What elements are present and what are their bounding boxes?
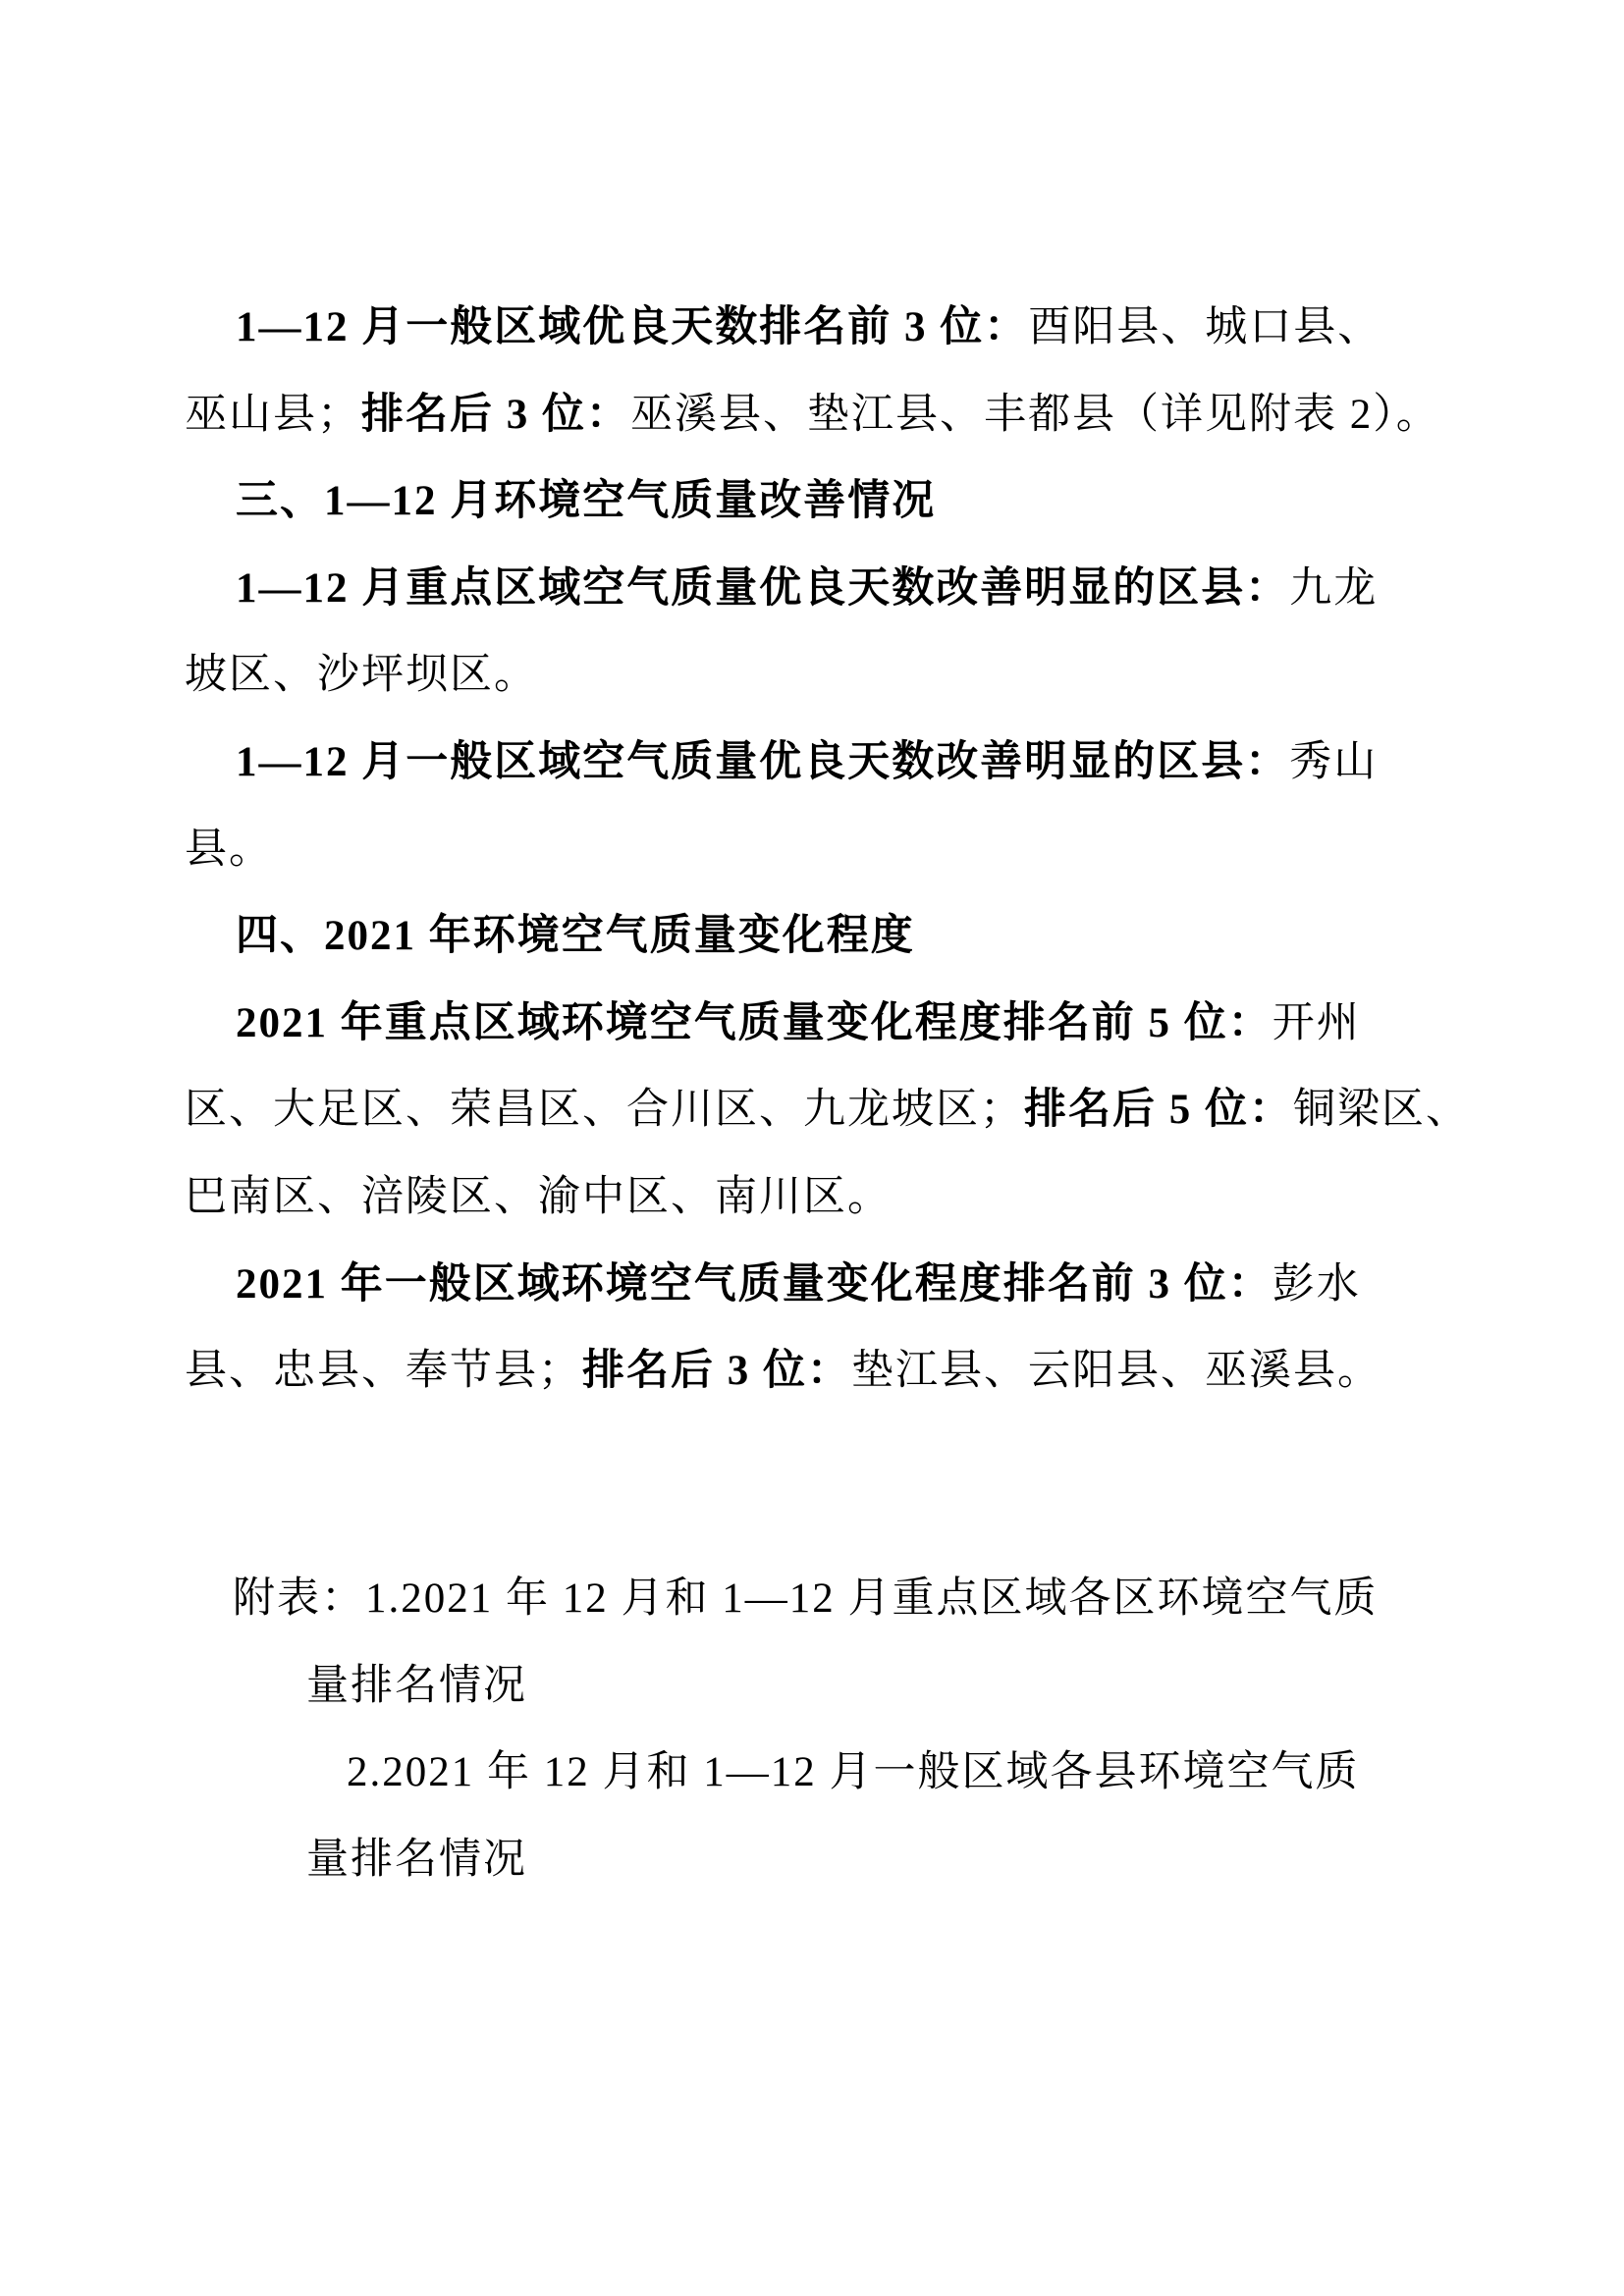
paragraph-first-line: 1—12 月重点区域空气质量优良天数改善明显的区县：九龙: [185, 546, 1559, 633]
body-text: 巫溪县、垫江县、丰都县（详见附表 2）。: [630, 392, 1440, 438]
body-text: 量排名情况: [306, 1837, 527, 1883]
body-text: 酉阳县、城口县、: [1028, 304, 1381, 350]
body-text: 巫山县；: [185, 392, 361, 438]
body-text: 区、大足区、荣昌区、合川区、九龙坡区；: [185, 1087, 1024, 1133]
section-heading: 四、2021 年环境空气质量变化程度: [185, 893, 1559, 981]
paragraph-first-line: 2021 年重点区域环境空气质量变化程度排名前 5 位：开州: [185, 981, 1559, 1068]
paragraph-first-line: 1—12 月一般区域空气质量优良天数改善明显的区县：秀山: [185, 720, 1559, 807]
emphasis-text: 2021 年重点区域环境空气质量变化程度排名前 5 位：: [236, 1000, 1272, 1046]
body-text: 2.2021 年 12 月和 1—12 月一般区域各县环境空气质: [347, 1749, 1360, 1795]
body-text: 县、忠县、奉节县；: [185, 1348, 582, 1394]
body-text: 铜梁区、: [1293, 1087, 1470, 1133]
body-text: 彭水: [1272, 1261, 1361, 1308]
section-heading: 三、1—12 月环境空气质量改善情况: [185, 458, 1559, 546]
appendix-item-line: 2.2021 年 12 月和 1—12 月一般区域各县环境空气质: [185, 1730, 1559, 1817]
body-text: 秀山: [1289, 739, 1378, 785]
paragraph-continuation-line: 巫山县；排名后 3 位：巫溪县、垫江县、丰都县（详见附表 2）。: [185, 372, 1559, 459]
appendix-label-line: 附表：1.2021 年 12 月和 1—12 月重点区域各区环境空气质: [185, 1556, 1559, 1643]
body-text: 九龙: [1289, 565, 1378, 612]
emphasis-text: 2021 年一般区域环境空气质量变化程度排名前 3 位：: [236, 1261, 1272, 1308]
appendix-continuation-line: 量排名情况: [185, 1817, 1559, 1904]
paragraph-continuation-line: 区、大足区、荣昌区、合川区、九龙坡区；排名后 5 位：铜梁区、: [185, 1067, 1559, 1154]
emphasis-text: 1—12 月一般区域优良天数排名前 3 位：: [236, 304, 1028, 350]
body-text: 巴南区、涪陵区、渝中区、南川区。: [185, 1174, 892, 1220]
document-page: 1—12 月一般区域优良天数排名前 3 位：酉阳县、城口县、巫山县；排名后 3 …: [0, 0, 1624, 2296]
emphasis-text: 1—12 月一般区域空气质量优良天数改善明显的区县：: [236, 739, 1289, 785]
body-text: 坡区、沙坪坝区。: [185, 652, 538, 698]
emphasis-text: 1—12 月重点区域空气质量优良天数改善明显的区县：: [236, 565, 1289, 612]
body-text: 量排名情况: [306, 1663, 527, 1709]
emphasis-text: 排名后 5 位：: [1024, 1087, 1293, 1133]
body-text: 县。: [185, 827, 273, 873]
paragraph-continuation-line: 县。: [185, 807, 1559, 894]
paragraph-continuation-line: 巴南区、涪陵区、渝中区、南川区。: [185, 1154, 1559, 1242]
emphasis-text: 三、1—12 月环境空气质量改善情况: [236, 478, 936, 524]
body-text: 开州: [1272, 1000, 1361, 1046]
emphasis-text: 排名后 3 位：: [582, 1348, 851, 1394]
paragraph-continuation-line: 县、忠县、奉节县；排名后 3 位：垫江县、云阳县、巫溪县。: [185, 1328, 1559, 1415]
paragraph-first-line: 1—12 月一般区域优良天数排名前 3 位：酉阳县、城口县、: [185, 285, 1559, 372]
paragraph-first-line: 2021 年一般区域环境空气质量变化程度排名前 3 位：彭水: [185, 1242, 1559, 1329]
emphasis-text: 排名后 3 位：: [361, 392, 630, 438]
appendix-block: 附表：1.2021 年 12 月和 1—12 月重点区域各区环境空气质量排名情况…: [185, 1556, 1559, 1903]
paragraph-continuation-line: 坡区、沙坪坝区。: [185, 632, 1559, 720]
body-text: 附表：1.2021 年 12 月和 1—12 月重点区域各区环境空气质: [233, 1575, 1379, 1622]
emphasis-text: 四、2021 年环境空气质量变化程度: [236, 913, 915, 959]
appendix-continuation-line: 量排名情况: [185, 1643, 1559, 1731]
body-text: 垫江县、云阳县、巫溪县。: [851, 1348, 1381, 1394]
document-body: 1—12 月一般区域优良天数排名前 3 位：酉阳县、城口县、巫山县；排名后 3 …: [185, 285, 1559, 1415]
